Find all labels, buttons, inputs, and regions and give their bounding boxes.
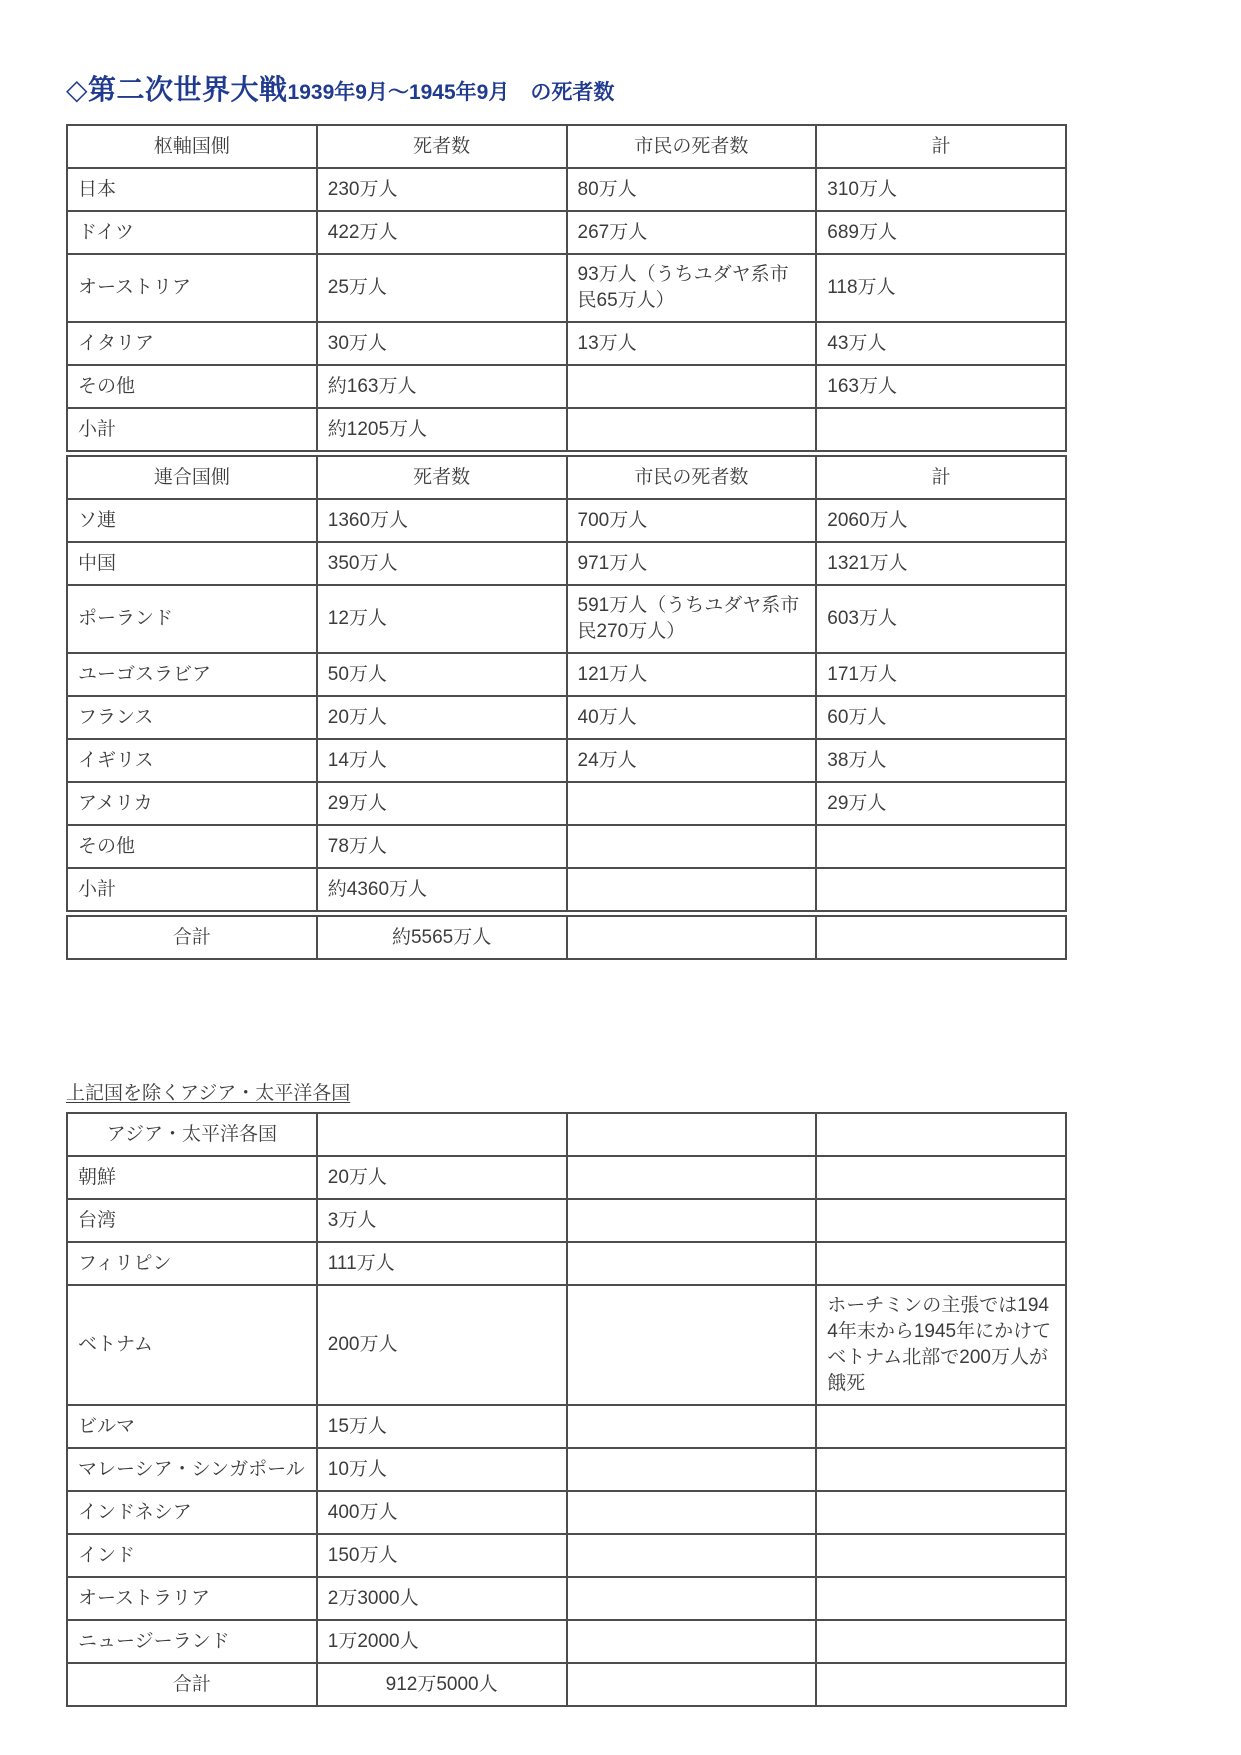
header-cell: [816, 1113, 1066, 1156]
table-cell: [816, 868, 1066, 911]
table-cell: [816, 408, 1066, 451]
table-cell: [567, 782, 817, 825]
title-sub: 1939年9月～1945年9月 の死者数: [288, 81, 615, 104]
allied-powers-table: 連合国側死者数市民の死者数計ソ連1360万人700万人2060万人中国350万人…: [66, 455, 1067, 912]
table-cell: 20万人: [317, 696, 567, 739]
table-cell: [567, 1448, 817, 1491]
header-row: 連合国側死者数市民の死者数計: [67, 456, 1066, 499]
table-cell: [816, 1242, 1066, 1285]
table-cell: 約4360万人: [317, 868, 567, 911]
table-cell: 40万人: [567, 696, 817, 739]
table-cell: 1321万人: [816, 542, 1066, 585]
table-cell: ドイツ: [67, 211, 317, 254]
table-cell: 29万人: [317, 782, 567, 825]
header-cell: [567, 1113, 817, 1156]
header-cell: [317, 1113, 567, 1156]
table-cell: 小計: [67, 868, 317, 911]
table-row: フランス20万人40万人60万人: [67, 696, 1066, 739]
table-cell: ユーゴスラビア: [67, 653, 317, 696]
table-cell: [816, 1448, 1066, 1491]
table-cell: [567, 1405, 817, 1448]
table-row: 中国350万人971万人1321万人: [67, 542, 1066, 585]
table-cell: ビルマ: [67, 1405, 317, 1448]
table-cell: 310万人: [816, 168, 1066, 211]
table-cell: [567, 408, 817, 451]
table-cell: 93万人（うちユダヤ系市民65万人）: [567, 254, 817, 322]
table-row: ポーランド12万人591万人（うちユダヤ系市民270万人）603万人: [67, 585, 1066, 653]
document-content: ◇第二次世界大戦1939年9月～1945年9月 の死者数 枢軸国側死者数市民の死…: [66, 68, 1067, 1707]
table-row: ユーゴスラビア50万人121万人171万人: [67, 653, 1066, 696]
table-cell: 78万人: [317, 825, 567, 868]
table-row: アメリカ29万人29万人: [67, 782, 1066, 825]
total-row: 合計912万5000人: [67, 1663, 1066, 1706]
table-row: 日本230万人80万人310万人: [67, 168, 1066, 211]
table-cell: 2万3000人: [317, 1577, 567, 1620]
table-cell: [567, 1534, 817, 1577]
table-cell: 230万人: [317, 168, 567, 211]
table-cell: マレーシア・シンガポール: [67, 1448, 317, 1491]
table-cell: [567, 916, 817, 959]
table-cell: イタリア: [67, 322, 317, 365]
table-cell: 合計: [67, 916, 317, 959]
table-cell: 121万人: [567, 653, 817, 696]
grand-total-table: 合計約5565万人: [66, 915, 1067, 960]
table-cell: [567, 1242, 817, 1285]
header-cell: 死者数: [317, 456, 567, 499]
table-cell: ソ連: [67, 499, 317, 542]
table-cell: 3万人: [317, 1199, 567, 1242]
table-row: オーストリア25万人93万人（うちユダヤ系市民65万人）118万人: [67, 254, 1066, 322]
table-cell: 60万人: [816, 696, 1066, 739]
table-cell: [567, 868, 817, 911]
table-cell: 約5565万人: [317, 916, 567, 959]
table-cell: 日本: [67, 168, 317, 211]
table-row: オーストラリア2万3000人: [67, 1577, 1066, 1620]
table-cell: [816, 1491, 1066, 1534]
header-cell: 計: [816, 456, 1066, 499]
table-cell: 1360万人: [317, 499, 567, 542]
header-row: アジア・太平洋各国: [67, 1113, 1066, 1156]
table-cell: 603万人: [816, 585, 1066, 653]
table-cell: 合計: [67, 1663, 317, 1706]
table-row: 小計約1205万人: [67, 408, 1066, 451]
header-cell: 枢軸国側: [67, 125, 317, 168]
table-row: インド150万人: [67, 1534, 1066, 1577]
table-cell: 20万人: [317, 1156, 567, 1199]
table-cell: 約163万人: [317, 365, 567, 408]
table-cell: 10万人: [317, 1448, 567, 1491]
table-row: ドイツ422万人267万人689万人: [67, 211, 1066, 254]
table-cell: 111万人: [317, 1242, 567, 1285]
table-cell: [816, 1405, 1066, 1448]
table-cell: 15万人: [317, 1405, 567, 1448]
asia-pacific-table: アジア・太平洋各国朝鮮20万人台湾3万人フィリピン111万人ベトナム200万人ホ…: [66, 1112, 1067, 1707]
table-cell: [816, 825, 1066, 868]
table-cell: [816, 1156, 1066, 1199]
table-row: マレーシア・シンガポール10万人: [67, 1448, 1066, 1491]
table-cell: [816, 1663, 1066, 1706]
table-cell: 30万人: [317, 322, 567, 365]
table-cell: 700万人: [567, 499, 817, 542]
table-cell: 267万人: [567, 211, 817, 254]
table-cell: 400万人: [317, 1491, 567, 1534]
table-cell: インドネシア: [67, 1491, 317, 1534]
table-row: ビルマ15万人: [67, 1405, 1066, 1448]
axis-powers-table: 枢軸国側死者数市民の死者数計日本230万人80万人310万人ドイツ422万人26…: [66, 124, 1067, 452]
table-row: イタリア30万人13万人43万人: [67, 322, 1066, 365]
table-cell: [567, 1156, 817, 1199]
table-cell: 163万人: [816, 365, 1066, 408]
table-cell: アメリカ: [67, 782, 317, 825]
header-cell: 死者数: [317, 125, 567, 168]
table-cell: [816, 1577, 1066, 1620]
table-cell: [567, 1199, 817, 1242]
table-cell: [567, 1663, 817, 1706]
table-cell: 350万人: [317, 542, 567, 585]
table-cell: 13万人: [567, 322, 817, 365]
title-main: ◇第二次世界大戦: [66, 74, 288, 105]
header-cell: 市民の死者数: [567, 125, 817, 168]
table-cell: オーストリア: [67, 254, 317, 322]
table-cell: イギリス: [67, 739, 317, 782]
table-cell: フィリピン: [67, 1242, 317, 1285]
table-cell: 912万5000人: [317, 1663, 567, 1706]
table-cell: 200万人: [317, 1285, 567, 1405]
table-row: イギリス14万人24万人38万人: [67, 739, 1066, 782]
table-cell: 25万人: [317, 254, 567, 322]
table-cell: ポーランド: [67, 585, 317, 653]
table-cell: [567, 1285, 817, 1405]
table-cell: [816, 1199, 1066, 1242]
table-row: ニュージーランド1万2000人: [67, 1620, 1066, 1663]
table-cell: 小計: [67, 408, 317, 451]
table-cell: 118万人: [816, 254, 1066, 322]
table-cell: 591万人（うちユダヤ系市民270万人）: [567, 585, 817, 653]
table-cell: 171万人: [816, 653, 1066, 696]
table-cell: [567, 1491, 817, 1534]
asia-section-label: 上記国を除くアジア・太平洋各国: [66, 1078, 350, 1105]
table-row: 朝鮮20万人: [67, 1156, 1066, 1199]
table-cell: [816, 1620, 1066, 1663]
table-cell: [816, 1534, 1066, 1577]
table-row: 小計約4360万人: [67, 868, 1066, 911]
table-cell: [567, 1620, 817, 1663]
table-row: 台湾3万人: [67, 1199, 1066, 1242]
table-cell: 2060万人: [816, 499, 1066, 542]
table-cell: 80万人: [567, 168, 817, 211]
header-row: 枢軸国側死者数市民の死者数計: [67, 125, 1066, 168]
table-cell: 朝鮮: [67, 1156, 317, 1199]
table-cell: 12万人: [317, 585, 567, 653]
table-cell: フランス: [67, 696, 317, 739]
table-cell: インド: [67, 1534, 317, 1577]
table-cell: 1万2000人: [317, 1620, 567, 1663]
table-cell: 中国: [67, 542, 317, 585]
document-page: ◇第二次世界大戦1939年9月～1945年9月 の死者数 枢軸国側死者数市民の死…: [0, 0, 1241, 1755]
table-cell: ホーチミンの主張では1944年末から1945年にかけてベトナム北部で200万人が…: [816, 1285, 1066, 1405]
table-cell: 150万人: [317, 1534, 567, 1577]
table-cell: オーストラリア: [67, 1577, 317, 1620]
table-cell: 689万人: [816, 211, 1066, 254]
total-row: 合計約5565万人: [67, 916, 1066, 959]
header-cell: 連合国側: [67, 456, 317, 499]
table-cell: 50万人: [317, 653, 567, 696]
table-row: その他78万人: [67, 825, 1066, 868]
table-row: その他約163万人163万人: [67, 365, 1066, 408]
table-row: インドネシア400万人: [67, 1491, 1066, 1534]
table-cell: 24万人: [567, 739, 817, 782]
table-cell: [567, 365, 817, 408]
table-cell: その他: [67, 825, 317, 868]
table-cell: [567, 825, 817, 868]
table-cell: [567, 1577, 817, 1620]
table-cell: 38万人: [816, 739, 1066, 782]
table-cell: 422万人: [317, 211, 567, 254]
table-cell: 43万人: [816, 322, 1066, 365]
table-cell: ニュージーランド: [67, 1620, 317, 1663]
table-cell: 14万人: [317, 739, 567, 782]
table-row: ソ連1360万人700万人2060万人: [67, 499, 1066, 542]
table-cell: 約1205万人: [317, 408, 567, 451]
table-row: フィリピン111万人: [67, 1242, 1066, 1285]
table-cell: 971万人: [567, 542, 817, 585]
table-cell: 台湾: [67, 1199, 317, 1242]
table-cell: ベトナム: [67, 1285, 317, 1405]
table-cell: [816, 916, 1066, 959]
table-cell: その他: [67, 365, 317, 408]
table-row: ベトナム200万人ホーチミンの主張では1944年末から1945年にかけてベトナム…: [67, 1285, 1066, 1405]
header-cell: アジア・太平洋各国: [67, 1113, 317, 1156]
table-cell: 29万人: [816, 782, 1066, 825]
page-title: ◇第二次世界大戦1939年9月～1945年9月 の死者数: [66, 68, 1067, 108]
header-cell: 市民の死者数: [567, 456, 817, 499]
header-cell: 計: [816, 125, 1066, 168]
